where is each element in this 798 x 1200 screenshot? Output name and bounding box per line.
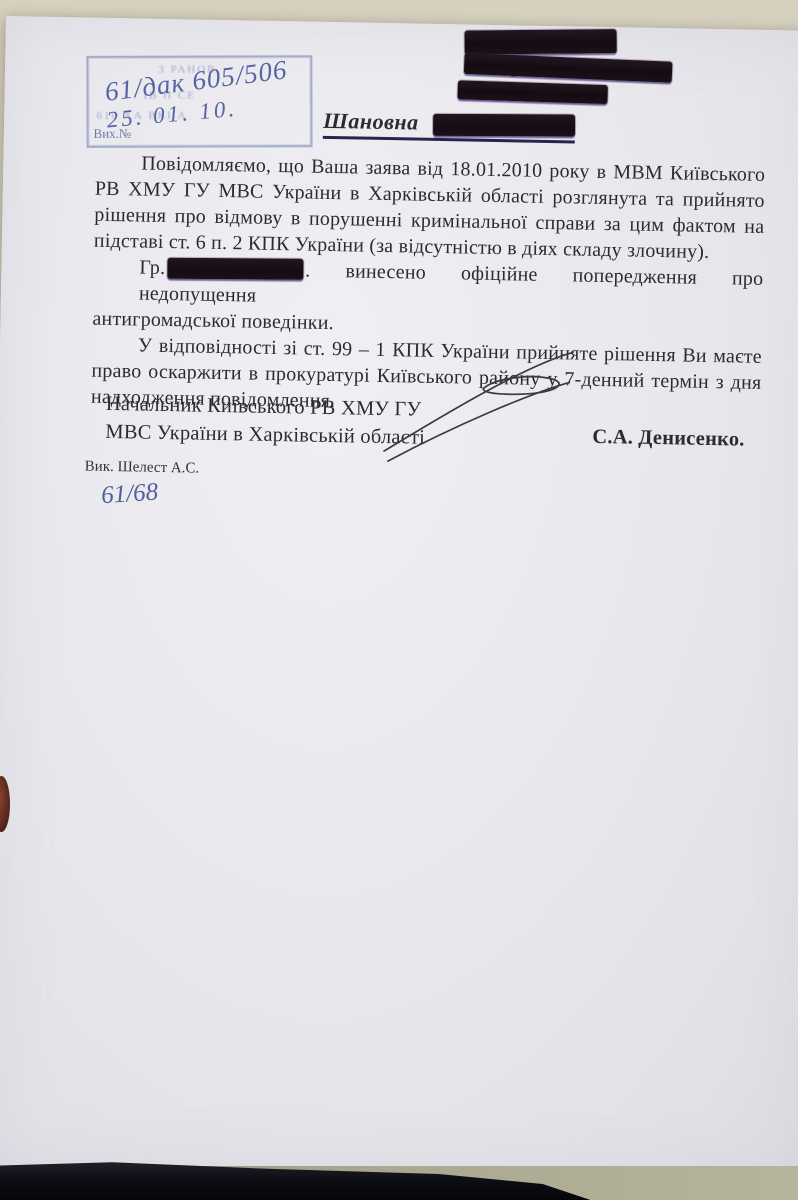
redaction-bar — [167, 258, 303, 280]
executor-note: Вик. Шелест А.С. — [85, 459, 200, 478]
salutation-row: Шановна — [323, 108, 575, 144]
registration-stamp: З РАНОВ ІВ П СЕ 610 ХА ВКІ А Вих.№ 61/да… — [86, 55, 312, 148]
salutation: Шановна — [323, 108, 419, 136]
citizen-prefix: Гр. — [139, 256, 165, 278]
signer-name: С.А. Денисенко. — [592, 424, 745, 453]
letter-page: З РАНОВ ІВ П СЕ 610 ХА ВКІ А Вих.№ 61/да… — [0, 16, 798, 1183]
handwritten-note: 61/68 — [100, 478, 159, 510]
redaction-bar — [465, 29, 617, 54]
redaction-bar — [457, 80, 608, 104]
recipient-line-3 — [463, 78, 793, 108]
recipient-block: Гр. м. Харків, — [463, 28, 794, 109]
redaction-bar — [433, 114, 575, 137]
handwritten-signature — [378, 345, 580, 469]
